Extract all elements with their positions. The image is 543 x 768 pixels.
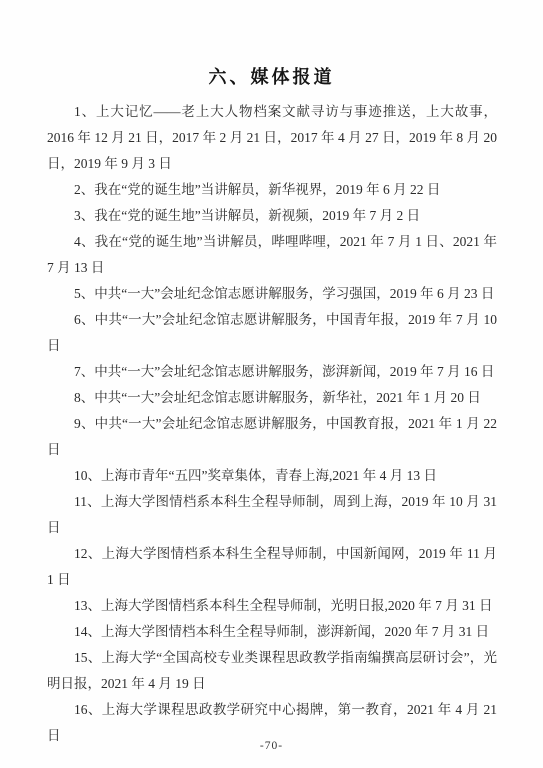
media-report-list: 1、上大记忆——老上大人物档案文献寻访与事迹推送，上大故事，2016 年 12 … xyxy=(47,99,497,749)
media-report-item: 6、中共“一大”会址纪念馆志愿讲解服务，中国青年报，2019 年 7 月 10 … xyxy=(47,307,497,359)
media-report-item: 5、中共“一大”会址纪念馆志愿讲解服务，学习强国，2019 年 6 月 23 日 xyxy=(47,281,497,307)
media-report-item: 10、上海市青年“五四”奖章集体，青春上海,2021 年 4 月 13 日 xyxy=(47,463,497,489)
media-report-item: 13、上海大学图情档系本科生全程导师制，光明日报,2020 年 7 月 31 日 xyxy=(47,593,497,619)
media-report-item: 9、中共“一大”会址纪念馆志愿讲解服务，中国教育报，2021 年 1 月 22 … xyxy=(47,411,497,463)
document-page: 六、媒体报道 1、上大记忆——老上大人物档案文献寻访与事迹推送，上大故事，201… xyxy=(0,0,543,768)
media-report-item: 2、我在“党的诞生地”当讲解员，新华视界，2019 年 6 月 22 日 xyxy=(47,177,497,203)
media-report-item: 11、上海大学图情档系本科生全程导师制，周到上海，2019 年 10 月 31 … xyxy=(47,489,497,541)
media-report-item: 14、上海大学图情档本科生全程导师制，澎湃新闻，2020 年 7 月 31 日 xyxy=(47,619,497,645)
media-report-item: 3、我在“党的诞生地”当讲解员，新视频，2019 年 7 月 2 日 xyxy=(47,203,497,229)
media-report-item: 4、我在“党的诞生地”当讲解员，哔哩哔哩，2021 年 7 月 1 日、2021… xyxy=(47,229,497,281)
media-report-item: 15、上海大学“全国高校专业类课程思政教学指南编撰高层研讨会”，光明日报，202… xyxy=(47,645,497,697)
media-report-item: 12、上海大学图情档系本科生全程导师制，中国新闻网，2019 年 11 月 1 … xyxy=(47,541,497,593)
media-report-item: 7、中共“一大”会址纪念馆志愿讲解服务，澎湃新闻，2019 年 7 月 16 日 xyxy=(47,359,497,385)
media-report-item: 8、中共“一大”会址纪念馆志愿讲解服务，新华社，2021 年 1 月 20 日 xyxy=(47,385,497,411)
page-title: 六、媒体报道 xyxy=(0,0,543,89)
media-report-item: 1、上大记忆——老上大人物档案文献寻访与事迹推送，上大故事，2016 年 12 … xyxy=(47,99,497,177)
page-number: -70- xyxy=(0,740,543,752)
